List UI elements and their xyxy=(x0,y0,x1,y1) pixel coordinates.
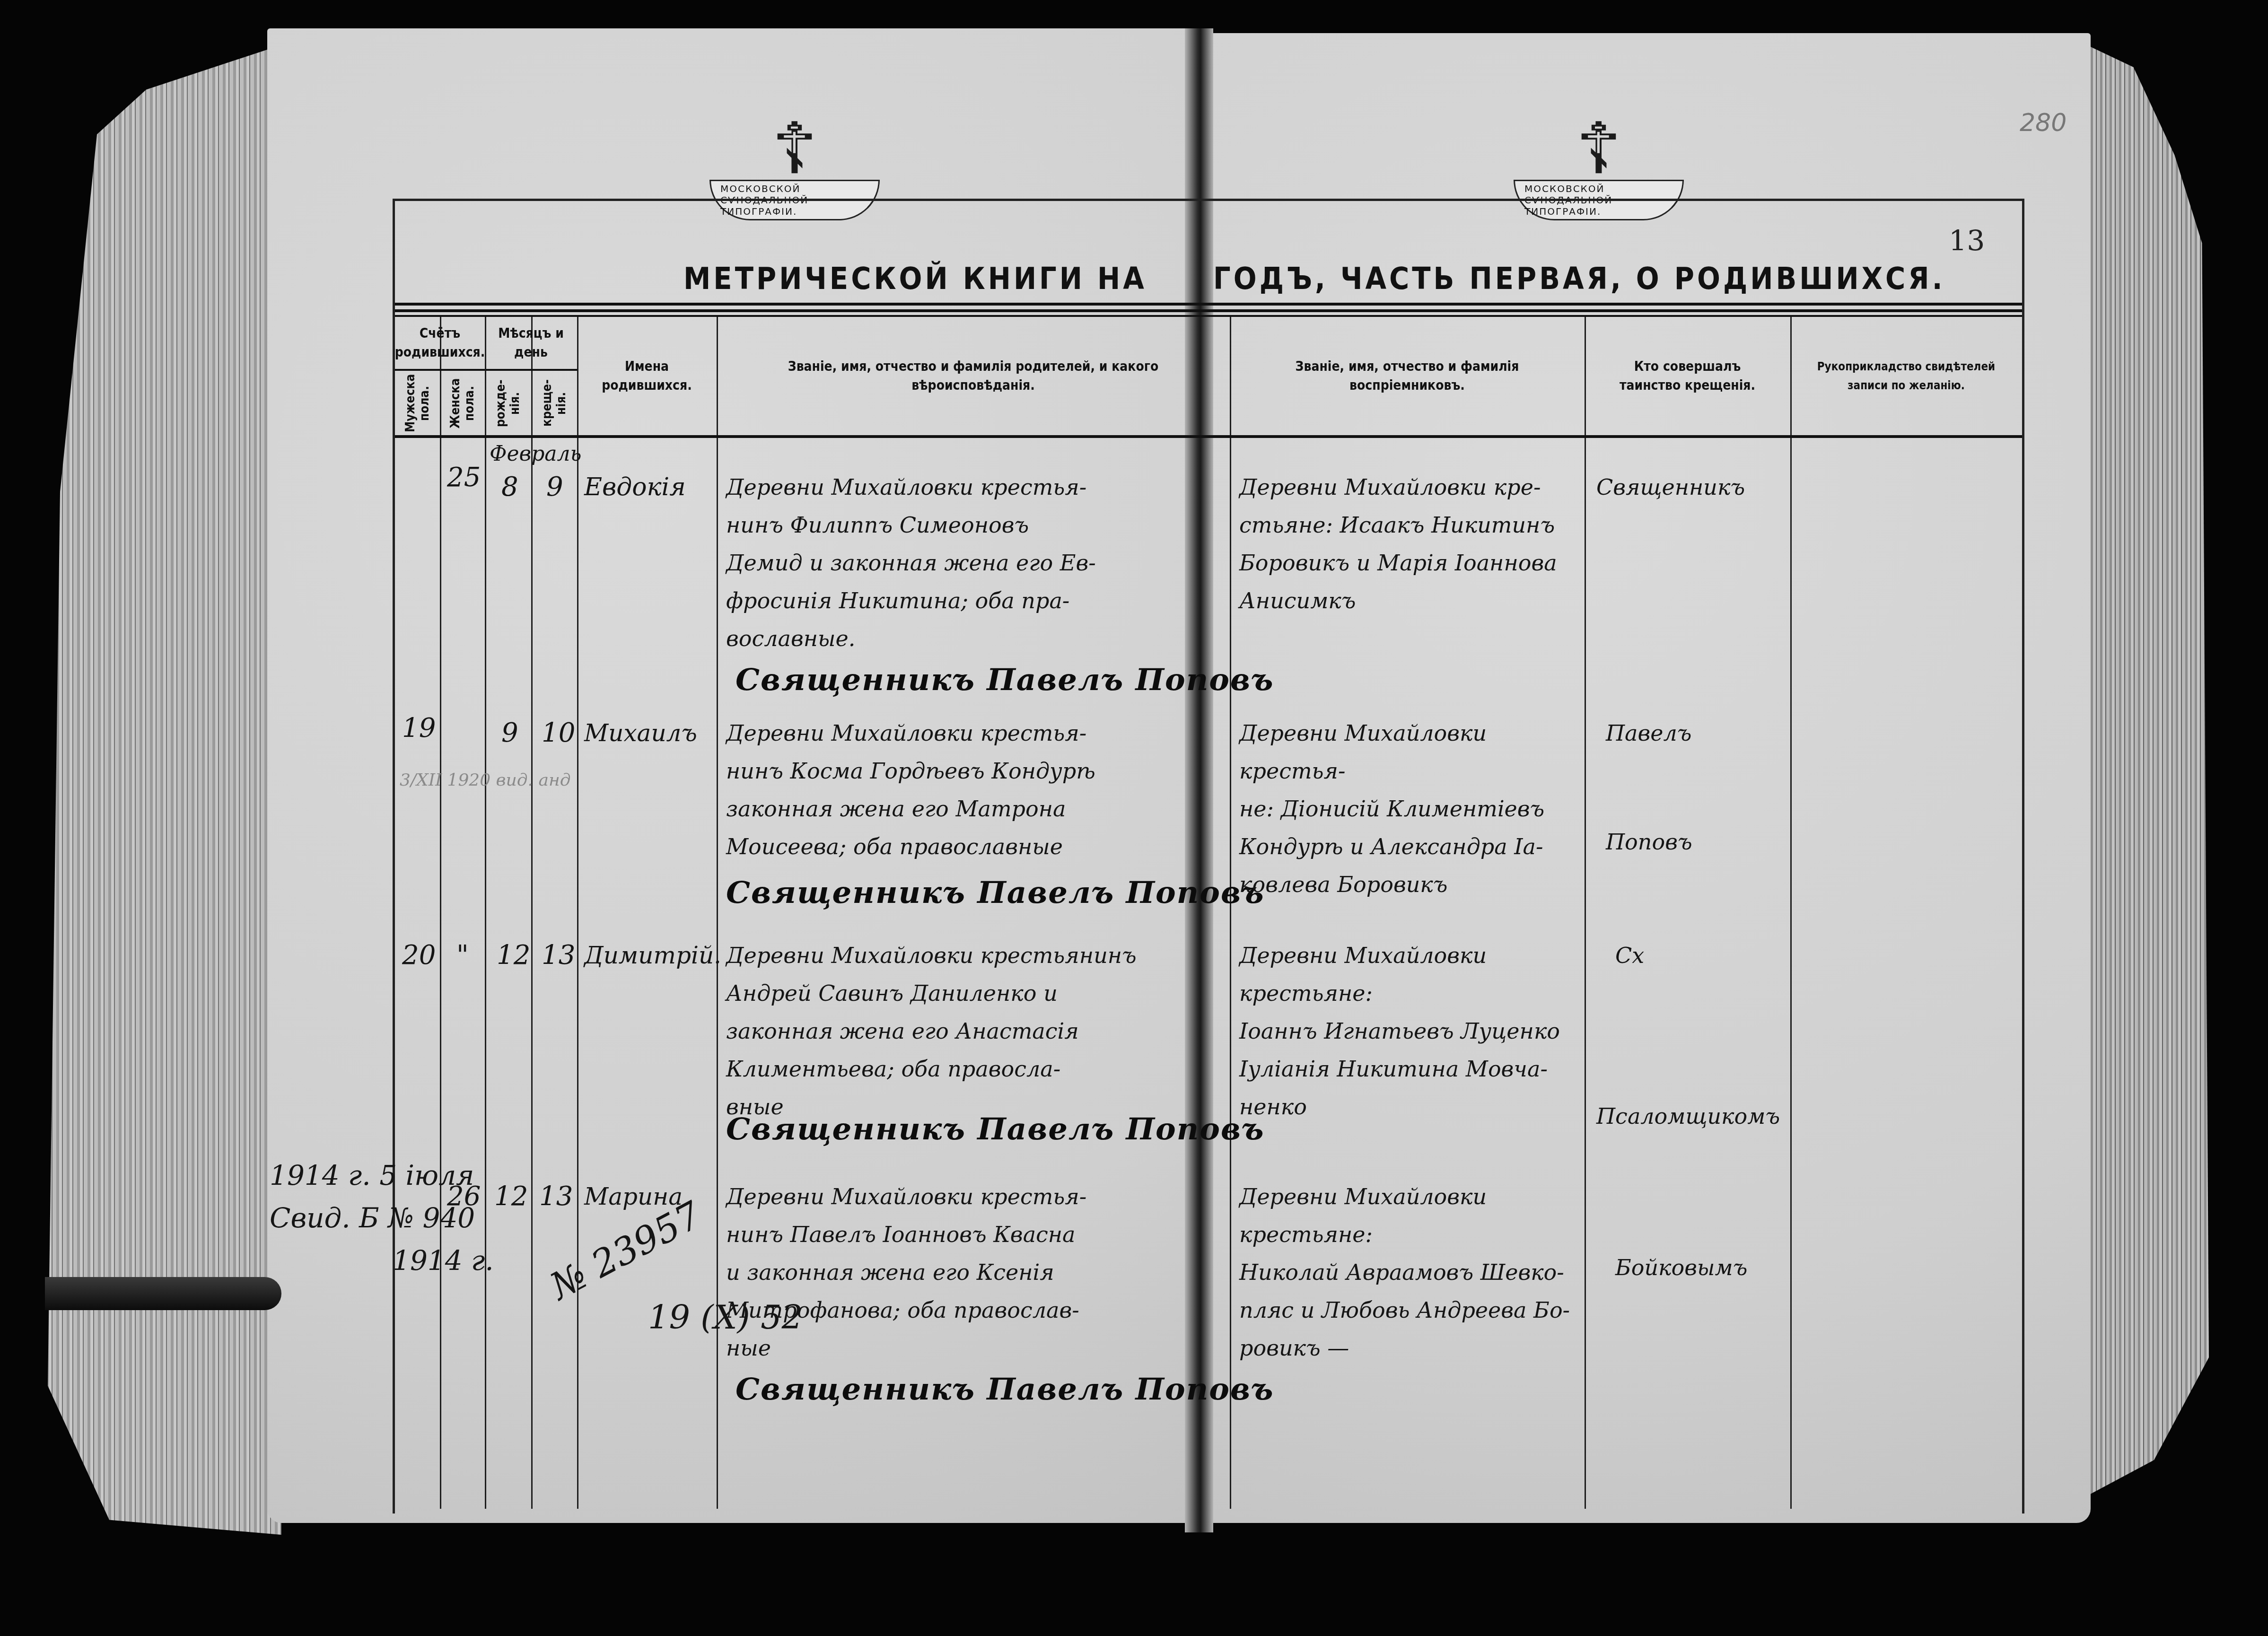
godparents-line: пляс и Любовь Андреева Бо- xyxy=(1239,1291,1580,1329)
officiant-text: Псаломщикомъ xyxy=(1596,1097,1780,1135)
parents-line: фросинія Никитина; оба пра- xyxy=(726,582,1223,620)
register-record: 19 9 10 Михаилъ 3/XII 1920 вид. анд Дере… xyxy=(395,691,2022,918)
officiant-text: Сх xyxy=(1615,936,1644,974)
page-title: МЕТРИЧЕСКОЙ КНИГИ НА ГОДЪ, ЧАСТЬ ПЕРВАЯ,… xyxy=(395,255,2022,303)
title-right-half: ГОДЪ, ЧАСТЬ ПЕРВАЯ, О РОДИВШИХСЯ. xyxy=(1213,262,1945,297)
archive-page-number: 280 xyxy=(2020,109,2067,137)
godparents-line: ковлева Боровикъ xyxy=(1239,866,1580,903)
book-page-edges-left xyxy=(35,45,281,1535)
header-witnesses: Рукоприкладство свидѣтелей записи по жел… xyxy=(1790,317,2022,435)
double-headed-eagle-icon: ☦ xyxy=(771,114,817,184)
parents-line: Деревни Михайловки крестья- xyxy=(726,1178,1223,1216)
parents-line: и законная жена его Ксенія xyxy=(726,1253,1223,1291)
pen-object xyxy=(45,1277,281,1310)
margin-annotation: 19 (X) 52 xyxy=(648,1296,803,1339)
parents-line: Моисеева; оба православные xyxy=(726,828,1223,866)
officiant-text: Павелъ xyxy=(1606,714,1691,752)
godparents-line: Кондурѣ и Александра Іа- xyxy=(1239,828,1580,866)
godparents-line: ненко xyxy=(1239,1088,1580,1126)
godparents-text: Деревни Михайловки крестьяне: Николай Ав… xyxy=(1239,1178,1580,1367)
parents-line: нинъ Филиппъ Симеоновъ xyxy=(726,506,1223,544)
godparents-line: Іуліанія Никитина Мовча- xyxy=(1239,1050,1580,1088)
birth-day: 8 xyxy=(501,468,518,506)
register-table: Счётъ родившихся. Мужеска пола. Женска п… xyxy=(395,317,2022,1509)
header-names: Имена родившихся. xyxy=(577,317,717,435)
parents-line: законная жена его Анастасія xyxy=(726,1012,1223,1050)
godparents-line: Анисимкъ xyxy=(1239,582,1580,620)
child-name: Димитрій. xyxy=(584,936,721,974)
baptism-day: 13 xyxy=(542,936,575,974)
officiant-text: Бойковымъ xyxy=(1615,1249,1747,1286)
header-female-label: Женска пола. xyxy=(448,373,477,433)
parents-line: Деревни Михайловки крестья- xyxy=(726,714,1223,752)
godparents-line: Деревни Михайловки крестья- xyxy=(1239,714,1580,790)
female-number: 25 xyxy=(447,459,481,497)
godparents-line: не: Діонисій Климентіевъ xyxy=(1239,790,1580,828)
birth-day: 9 xyxy=(501,714,518,752)
header-parents: Званіе, имя, отчество и фамилія родителе… xyxy=(717,317,1230,435)
godparents-line: Деревни Михайловки кре- xyxy=(1239,468,1580,506)
margin-annotation: 1914 г. xyxy=(393,1239,494,1282)
priest-signature: Священникъ Павелъ Поповъ xyxy=(736,1372,1274,1407)
register-record: 25 Февраль 8 9 Евдокія Деревни Михайловк… xyxy=(395,440,2022,705)
double-headed-eagle-icon: ☦ xyxy=(1576,114,1621,184)
parents-text: Деревни Михайловки крестья- нинъ Филиппъ… xyxy=(726,468,1223,657)
parents-line: нинъ Косма Гордѣевъ Кондурѣ xyxy=(726,752,1223,790)
parents-line: Деревни Михайловки крестья- xyxy=(726,468,1223,506)
godparents-line: Іоаннъ Игнатьевъ Луценко xyxy=(1239,1012,1580,1050)
parents-line: Климентьева; оба правосла- xyxy=(726,1050,1223,1088)
sub-header-rule xyxy=(486,369,577,371)
header-baptism-label: креще-нія. xyxy=(540,373,569,433)
godparents-line: Деревни Михайловки крестьяне: xyxy=(1239,936,1580,1012)
parents-text: Деревни Михайловки крестья- нинъ Косма Г… xyxy=(726,714,1223,866)
header-officiant: Кто совершалъ таинство крещенія. xyxy=(1585,317,1790,435)
month: Февраль xyxy=(490,435,582,473)
child-name: Евдокія xyxy=(584,468,686,506)
parents-line: Деревни Михайловки крестьянинъ xyxy=(726,936,1223,974)
parents-line: вославные. xyxy=(726,620,1223,657)
baptism-day: 13 xyxy=(539,1178,573,1216)
book-page-edges-right xyxy=(2072,38,2209,1504)
parents-line: нинъ Павелъ Іоанновъ Квасна xyxy=(726,1216,1223,1253)
godparents-line: стьяне: Исаакъ Никитинъ xyxy=(1239,506,1580,544)
parents-text: Деревни Михайловки крестья- нинъ Павелъ … xyxy=(726,1178,1223,1367)
officiant-text: Поповъ xyxy=(1606,823,1692,861)
parents-line: законная жена его Матрона xyxy=(726,790,1223,828)
margin-annotation: Свид. Б № 940 xyxy=(270,1197,475,1239)
parents-line: Андрей Савинъ Даниленко и xyxy=(726,974,1223,1012)
female-number: " xyxy=(456,936,469,974)
godparents-text: Деревни Михайловки крестьяне: Іоаннъ Игн… xyxy=(1239,936,1580,1126)
parents-text: Деревни Михайловки крестьянинъ Андрей Са… xyxy=(726,936,1223,1126)
register-record: 20 " 12 13 Димитрій. Деревни Михайловки … xyxy=(395,918,2022,1145)
header-rule xyxy=(395,303,2022,317)
parents-line: Демид и законная жена его Ев- xyxy=(726,544,1223,582)
header-godparents: Званіе, имя, отчество и фамилія воспріем… xyxy=(1230,317,1585,435)
male-number: 19 xyxy=(402,709,436,747)
godparents-text: Деревни Михайловки крестья- не: Діонисій… xyxy=(1239,714,1580,903)
officiant-text: Священникъ xyxy=(1596,468,1745,506)
header-count-born: Счётъ родившихся. xyxy=(395,317,485,369)
header-birth: рожде-нія. xyxy=(485,371,531,435)
header-male-label: Мужеска пола. xyxy=(403,373,432,433)
male-number: 20 xyxy=(402,936,436,974)
margin-annotation: 1914 г. 5 іюля xyxy=(270,1154,474,1197)
header-female: Женска пола. xyxy=(440,371,485,435)
godparents-line: Боровикъ и Марія Іоаннова xyxy=(1239,544,1580,582)
header-birth-label: рожде-нія. xyxy=(494,373,522,433)
header-baptism: креще-нія. xyxy=(531,371,577,435)
godparents-line: Деревни Михайловки крестьяне: xyxy=(1239,1178,1580,1253)
child-name: Михаилъ xyxy=(584,714,697,752)
priest-signature: Священникъ Павелъ Поповъ xyxy=(726,875,1264,910)
birth-day: 12 xyxy=(497,936,530,974)
margin-annotation: 3/XII 1920 вид. анд xyxy=(400,761,570,799)
printed-page-number: 13 xyxy=(1949,225,1985,258)
godparents-line: ровикъ — xyxy=(1239,1329,1580,1367)
title-left-half: МЕТРИЧЕСКОЙ КНИГИ НА xyxy=(683,262,1147,297)
header-month-day: Мѣсяцъ и день xyxy=(485,317,577,369)
godparents-text: Деревни Михайловки кре- стьяне: Исаакъ Н… xyxy=(1239,468,1580,620)
header-male: Мужеска пола. xyxy=(395,371,440,435)
sub-header-rule xyxy=(395,369,485,371)
header-bottom-rule xyxy=(395,435,2022,438)
baptism-day: 9 xyxy=(546,468,563,506)
birth-day: 12 xyxy=(494,1178,528,1216)
baptism-day: 10 xyxy=(542,714,575,752)
godparents-line: Николай Авраамовъ Шевко- xyxy=(1239,1253,1580,1291)
